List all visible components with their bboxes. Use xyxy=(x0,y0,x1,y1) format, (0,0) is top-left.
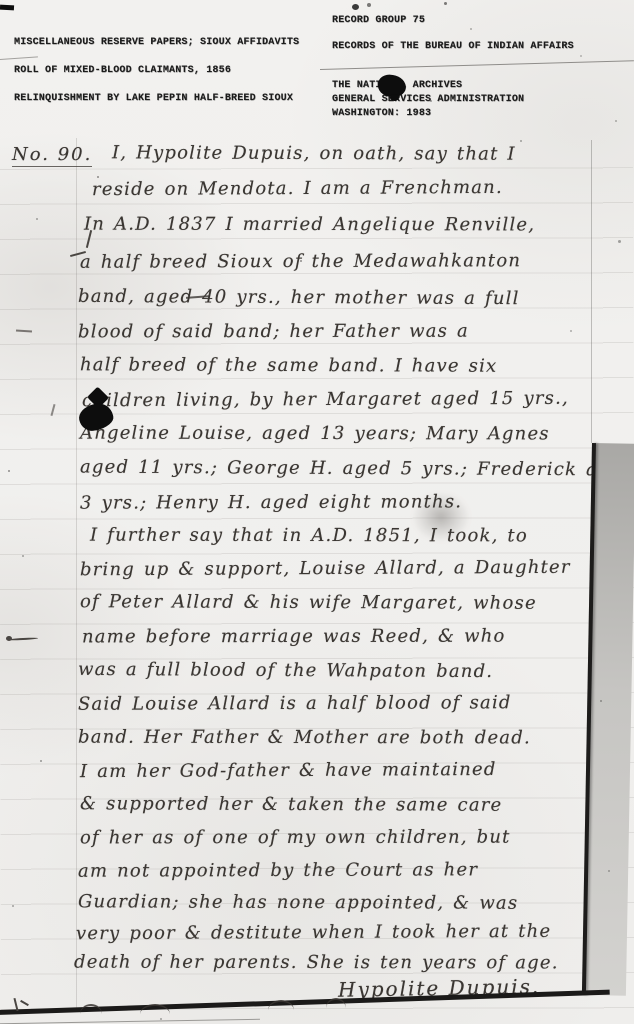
stamp-roll-title: ROLL OF MIXED-BLOOD CLAIMANTS, 1856 xyxy=(14,65,231,76)
scan-speck xyxy=(97,176,99,178)
stamp-records-bureau: RECORDS OF THE BUREAU OF INDIAN AFFAIRS xyxy=(332,41,574,52)
ink-blot-tail xyxy=(390,94,399,101)
page-right-edge-line xyxy=(591,140,592,443)
scan-speck xyxy=(160,1018,162,1020)
affidavit-line: reside on Mendota. I am a Frenchman. xyxy=(92,177,503,200)
scan-speck xyxy=(367,3,371,7)
scan-speck xyxy=(12,905,14,907)
affidavit-line: very poor & destitute when I took her at… xyxy=(76,921,551,944)
stamp-series-title: MISCELLANEOUS RESERVE PAPERS; SIOUX AFFI… xyxy=(14,37,299,48)
affidavit-line: band, aged 40 yrs., her mother was a ful… xyxy=(78,286,520,309)
scan-speck xyxy=(300,260,302,262)
stamp-record-group: RECORD GROUP 75 xyxy=(332,15,425,26)
page-edge-bottom-faint xyxy=(0,1019,260,1024)
affidavit-line: Angeline Louise, aged 13 years; Mary Agn… xyxy=(80,423,550,445)
scan-speck xyxy=(444,2,447,5)
margin-rule xyxy=(76,138,77,1012)
stamp-washington-1983: WASHINGTON: 1983 xyxy=(332,108,431,119)
header-divider-line xyxy=(320,60,634,70)
scan-speck xyxy=(90,640,92,642)
affidavit-line: was a full blood of the Wahpaton band. xyxy=(78,659,493,682)
scan-speck xyxy=(608,870,610,872)
affidavit-line: & supported her & taken the same care xyxy=(80,793,503,815)
scan-speck xyxy=(580,55,582,57)
affidavit-line: name before marriage was Reed, & who xyxy=(82,626,506,648)
affidavit-line: children living, by her Margaret aged 15… xyxy=(82,388,569,412)
affidavit-line: I, Hypolite Dupuis, on oath, say that I xyxy=(112,142,516,164)
affidavit-line: 3 yrs.; Henry H. aged eight months. xyxy=(80,491,462,513)
affidavit-line: of Peter Allard & his wife Margaret, who… xyxy=(80,591,537,614)
scan-speck xyxy=(430,100,432,102)
affidavit-line: of her as of one of my own children, but xyxy=(80,827,511,849)
gray-smudge xyxy=(412,492,470,542)
affidavit-line: In A.D. 1837 I married Angelique Renvill… xyxy=(84,214,535,236)
edge-mark-top-left xyxy=(0,5,14,11)
scan-speck xyxy=(22,555,24,557)
scan-speck xyxy=(36,218,38,220)
page-edge-shadow-right xyxy=(582,443,634,996)
scan-speck xyxy=(40,760,42,762)
affidavit-line: am not appointed by the Court as her xyxy=(78,859,478,881)
scanned-affidavit-page: MISCELLANEOUS RESERVE PAPERS; SIOUX AFFI… xyxy=(0,0,634,1024)
scan-speck xyxy=(470,28,472,30)
affidavit-line: band. Her Father & Mother are both dead. xyxy=(78,727,531,749)
affidavit-line: blood of said band; her Father was a xyxy=(78,321,469,343)
scan-speck xyxy=(618,240,621,243)
stamp-gsa: GENERAL SERVICES ADMINISTRATION xyxy=(332,94,524,105)
scan-speck xyxy=(262,150,264,152)
affidavit-line: death of her parents. She is ten years o… xyxy=(74,952,559,974)
affidavit-line: Guardian; she has none appointed, & was xyxy=(78,891,518,914)
header-divider-line-left xyxy=(0,56,38,60)
affidavit-line: I am her God-father & have maintained xyxy=(80,759,497,782)
scan-speck xyxy=(8,470,10,472)
affidavit-line: Said Louise Allard is a half blood of sa… xyxy=(78,692,512,715)
scan-speck xyxy=(600,700,602,702)
scan-speck xyxy=(570,330,572,332)
affidavit-line: bring up & support, Louise Allard, a Dau… xyxy=(80,557,571,581)
scan-speck xyxy=(520,140,522,142)
affidavit-line: aged 11 yrs.; George H. aged 5 yrs.; Fre… xyxy=(80,457,634,481)
scan-speck xyxy=(615,120,617,122)
affidavit-line: half breed of the same band. I have six xyxy=(80,354,498,376)
case-number: No. 90. xyxy=(12,144,92,167)
toner-speck xyxy=(352,4,359,10)
margin-dot xyxy=(6,636,12,641)
stamp-relinquishment-title: RELINQUISHMENT BY LAKE PEPIN HALF-BREED … xyxy=(14,93,293,104)
